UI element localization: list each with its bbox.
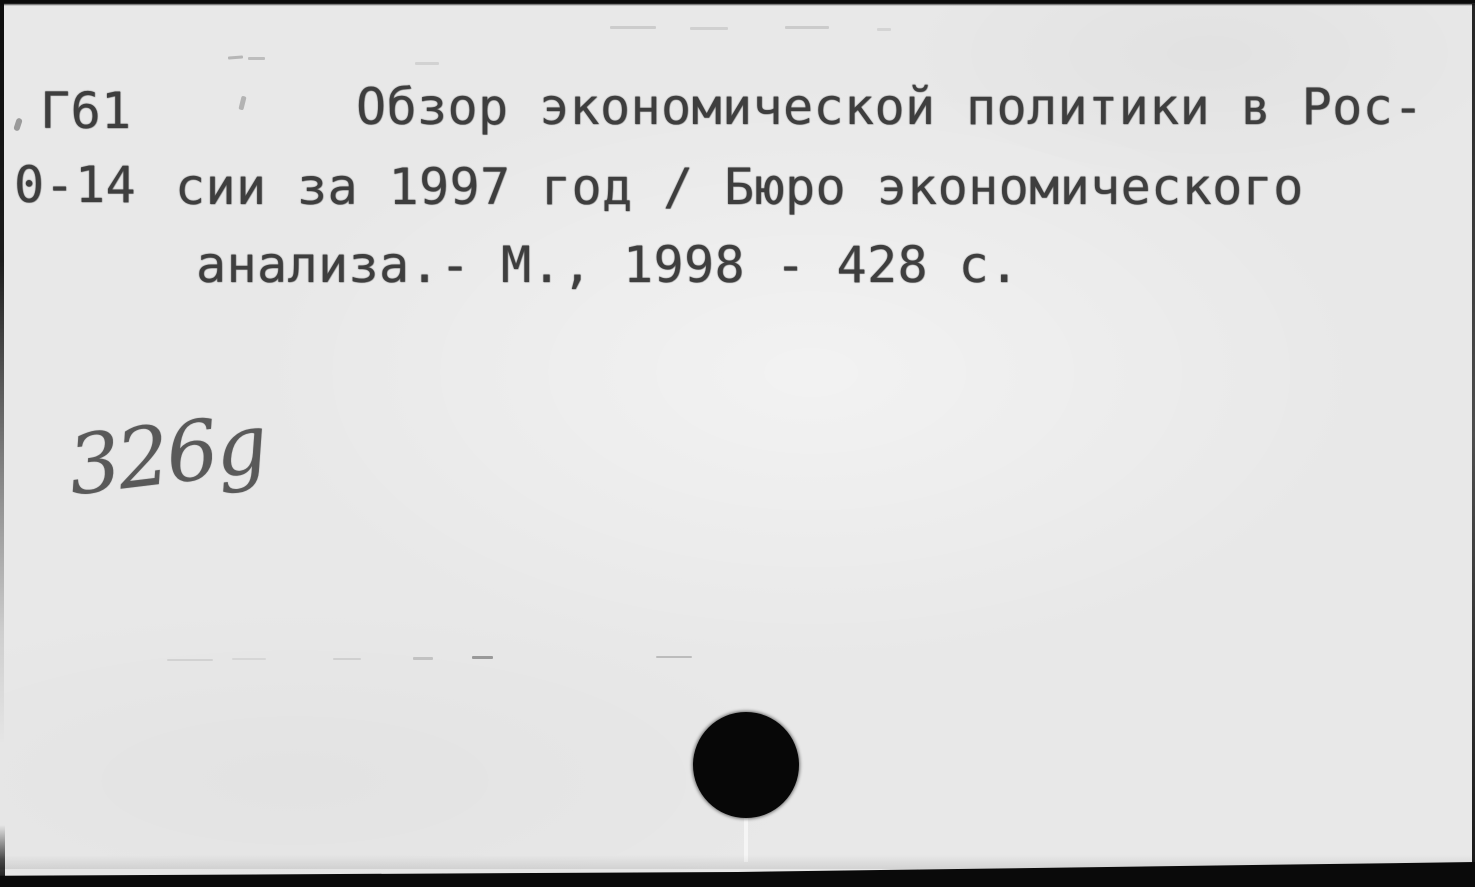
- pencil-mark: [415, 62, 439, 65]
- pencil-mark: [413, 657, 433, 660]
- pencil-mark: [167, 659, 213, 661]
- pencil-mark: [248, 57, 265, 60]
- entry-line-2: сии за 1997 год / Бюро экономического: [175, 158, 1304, 216]
- entry-line-1: Обзор экономической политики в Рос-: [356, 78, 1424, 136]
- pencil-mark: [610, 26, 656, 29]
- pencil-mark: [228, 55, 243, 59]
- pencil-mark: [13, 117, 23, 131]
- call-number-top: Г61: [40, 82, 132, 140]
- card-left-edge: [0, 0, 4, 745]
- entry-line-3: анализа.- М., 1998 - 428 с.: [196, 236, 1020, 294]
- pencil-mark: [333, 658, 361, 660]
- punch-hole: [693, 712, 799, 818]
- pencil-mark: [656, 656, 692, 658]
- pencil-mark: [232, 658, 266, 660]
- pencil-mark: [785, 26, 829, 29]
- card-top-edge: [0, 0, 1475, 6]
- catalog-card: Г61 0-14 Обзор экономической политики в …: [0, 0, 1475, 887]
- handwritten-number: 326g: [63, 396, 270, 514]
- pencil-mark: [472, 656, 493, 659]
- pencil-mark: [877, 28, 891, 31]
- call-number-bottom: 0-14: [14, 156, 136, 214]
- pencil-mark: [690, 27, 728, 30]
- pencil-mark: [238, 96, 246, 111]
